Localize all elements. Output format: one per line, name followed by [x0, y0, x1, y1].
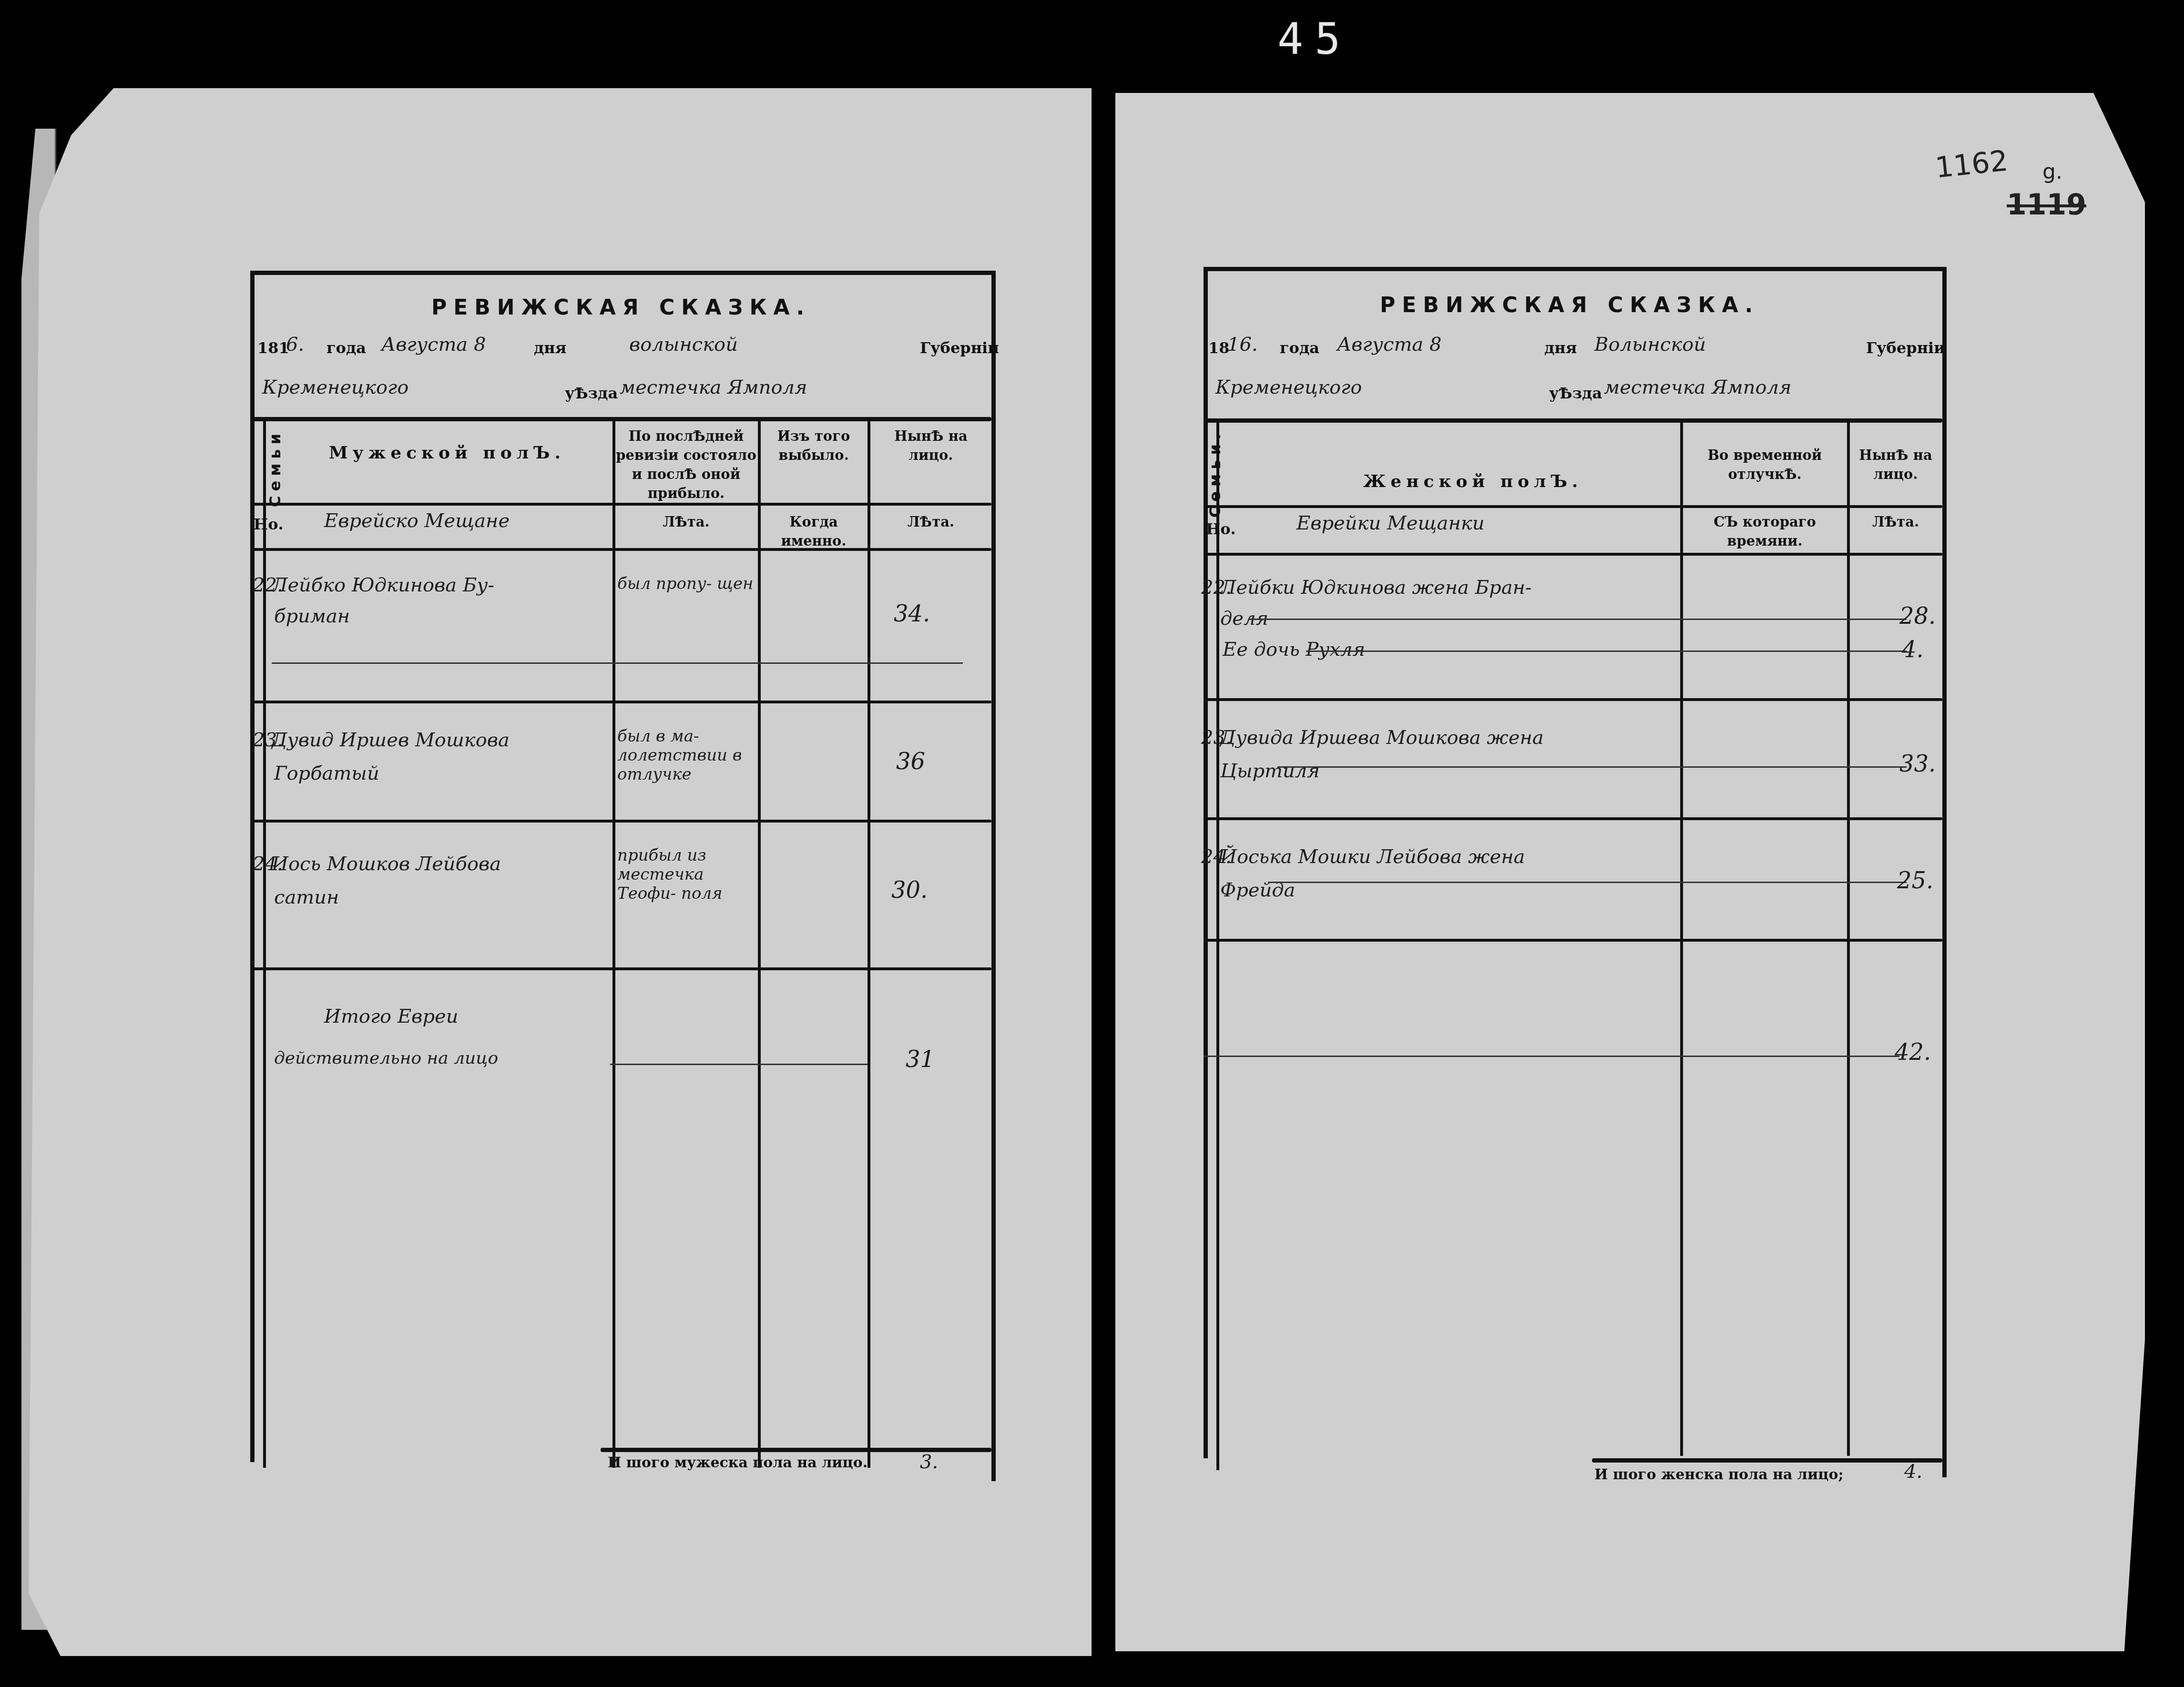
row-name-line2: сатин: [274, 886, 339, 908]
year-printed: 181: [257, 338, 289, 357]
year-handwritten: 16.: [1227, 334, 1258, 356]
col-family-no: Но.: [254, 515, 284, 534]
footer-value: 4.: [1904, 1461, 1922, 1483]
col-rule-revision: [758, 419, 761, 1468]
guberniya-label: Губерніи: [1866, 338, 1945, 357]
month-handwritten: Августа 8: [381, 334, 486, 356]
col-departed-sub: Когда именно.: [761, 512, 866, 550]
town-handwritten: местечка Ямполя: [620, 376, 807, 398]
right-page: [1115, 93, 2145, 1651]
row-last-revision: был пропу- щен: [617, 574, 755, 593]
col-rule-name: [612, 419, 615, 1468]
col-family-header: Семьи.: [1206, 429, 1224, 518]
frame-top-rule: [1204, 267, 1945, 271]
dnya-label: дня: [1544, 338, 1577, 357]
total-filler-dash: [1204, 1056, 1899, 1057]
row-filler-dash: [1268, 882, 1907, 883]
col-absence-sub: СЪ котораго времяни.: [1685, 512, 1845, 550]
row-present: 34.: [894, 600, 930, 627]
year-handwritten: 6.: [286, 334, 304, 356]
col-name-header: Мужеской полЪ.: [329, 443, 565, 462]
left-page: [29, 88, 1092, 1656]
header-sub-rule: [1206, 505, 1942, 508]
col-departed-header: Изъ того выбыло.: [761, 427, 866, 465]
footer-label: И шого женска пола на лицо;: [1594, 1465, 1844, 1484]
row-name-line1: Дувид Иршев Мошкова: [272, 729, 510, 751]
col-present-header: НынѢ на лицо.: [1850, 446, 1941, 484]
col-revision-sub: ЛѢта.: [616, 512, 756, 531]
header-sub-rule: [253, 503, 991, 506]
row-filler-dash: [1249, 619, 1907, 620]
header-bottom-rule: [253, 548, 991, 551]
uezd-handwritten: Кременецкого: [262, 376, 408, 398]
col-present-header: НынѢ на лицо.: [871, 427, 990, 465]
row-separator: [1206, 698, 1942, 701]
row-present: 28.: [1899, 603, 1936, 630]
row-name-line2: бриман: [274, 605, 350, 627]
footer-value: 3.: [920, 1451, 938, 1473]
town-handwritten: местечка Ямполя: [1604, 376, 1791, 398]
goda-label: года: [1280, 338, 1319, 357]
row-separator: [253, 820, 991, 823]
row-filler-dash: [1306, 650, 1907, 652]
table-bottom-rule: [1592, 1458, 1942, 1463]
row-name-line2: Горбатый: [274, 762, 379, 784]
uezd-label: уѢзда: [1549, 384, 1602, 403]
total-label-line2: действительно на лицо: [274, 1048, 498, 1068]
row-present: 33.: [1899, 751, 1936, 777]
col-present-sub: ЛѢта.: [1850, 512, 1941, 531]
table-top-rule: [1206, 418, 1942, 423]
header-bottom-rule: [1206, 553, 1942, 556]
archive-number-struck: 1119: [2007, 188, 2086, 222]
col-rule-departed: [867, 419, 870, 1468]
row-name-line1: Дувида Иршева Мошкова жена: [1220, 727, 1544, 749]
row-present-2: 4.: [1902, 636, 1924, 663]
form-title: РЕВИЖСКАЯ СКАЗКА.: [1380, 293, 1759, 317]
guberniya-handwritten: волынской: [629, 334, 738, 356]
col-family-header: Семьи: [266, 429, 284, 507]
archive-number-suffix: g.: [2042, 160, 2062, 184]
total-filler-dash: [610, 1064, 867, 1065]
row-name-line3: Ее дочь Рухля: [1223, 639, 1365, 661]
total-present: 42.: [1895, 1039, 1931, 1066]
form-title: РЕВИЖСКАЯ СКАЗКА.: [431, 295, 811, 320]
row-separator: [253, 967, 991, 970]
row-filler-dash: [1277, 766, 1907, 768]
col-present-sub: ЛѢта.: [871, 512, 990, 531]
guberniya-handwritten: Волынской: [1594, 334, 1706, 356]
col-name-sub: Еврейки Мещанки: [1296, 512, 1484, 534]
total-present: 31: [906, 1046, 935, 1073]
goda-label: года: [327, 338, 366, 357]
month-handwritten: Августа 8: [1337, 334, 1441, 356]
row-name-line1: Лейбки Юдкинова жена Бран-: [1220, 577, 1531, 599]
row-name-line1: Иось Мошков Лейбова: [272, 853, 501, 875]
col-revision-header: По послѢдней ревизіи состояло и послѢ он…: [616, 427, 756, 503]
row-name-line1: Йоська Мошки Лейбова жена: [1220, 846, 1525, 868]
uezd-handwritten: Кременецкого: [1215, 376, 1362, 398]
frame-number: 45: [1277, 14, 1352, 64]
row-separator: [1206, 817, 1942, 820]
col-family-no: Но.: [1206, 519, 1236, 539]
dnya-label: дня: [534, 338, 566, 357]
col-absence-header: Во временной отлучкѢ.: [1685, 446, 1845, 484]
row-separator: [253, 701, 991, 703]
col-name-header: Женской полЪ.: [1363, 472, 1582, 491]
row-last-revision: прибыл из местечка Теофи- поля: [617, 846, 755, 903]
table-top-rule: [253, 417, 991, 421]
total-label-line1: Итого Евреи: [324, 1006, 458, 1027]
row-separator: [1206, 939, 1942, 942]
guberniya-label: Губерніи: [920, 338, 999, 357]
year-printed: 18: [1208, 338, 1230, 357]
row-name-line2: Цыртиля: [1220, 760, 1320, 782]
row-present: 36: [896, 748, 925, 775]
book-spine: [1096, 95, 1115, 1668]
row-present: 25.: [1897, 867, 1933, 894]
footer-label: И шого мужеска пола на лицо.: [608, 1453, 867, 1473]
row-filler-dash: [272, 662, 963, 664]
frame-right-rule: [991, 271, 996, 1481]
row-last-revision: был в ма- лолетствии в отлучке: [617, 727, 755, 784]
frame-top-rule: [250, 271, 994, 275]
row-present: 30.: [891, 877, 928, 904]
uezd-label: уѢзда: [565, 384, 618, 403]
col-name-sub: Еврейско Мещане: [324, 510, 510, 532]
frame-right-rule: [1942, 267, 1947, 1477]
row-name-line1: Лейбко Юдкинова Бу-: [272, 574, 494, 596]
